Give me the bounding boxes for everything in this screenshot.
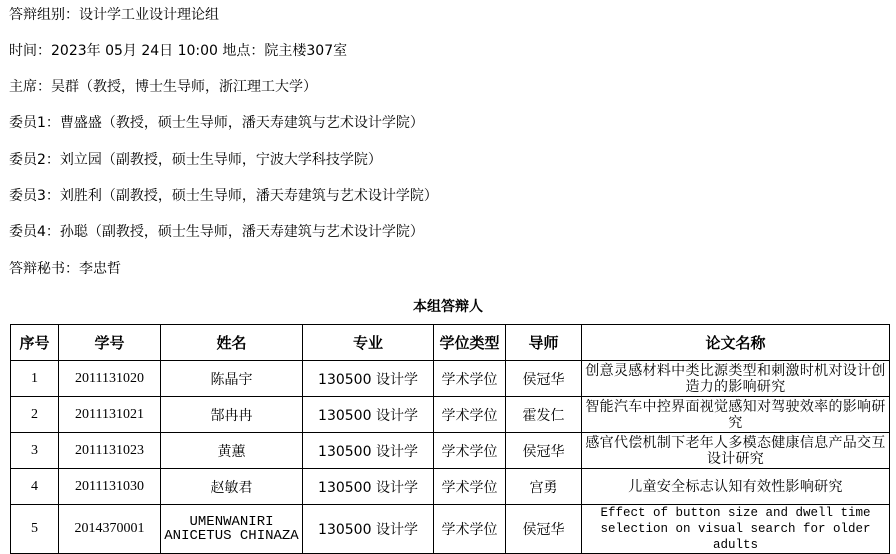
cell-degree-type: 学术学位 xyxy=(434,469,506,505)
table-header-row: 序号 学号 姓名 专业 学位类型 导师 论文名称 xyxy=(11,325,890,361)
header-student-id: 学号 xyxy=(59,325,161,361)
cell-major: 130500 设计学 xyxy=(303,505,434,551)
table-row: 4 2011131030 赵敏君 130500 设计学 学术学位 宫勇 儿童安全… xyxy=(11,469,890,505)
cell-student-id: 2011131021 xyxy=(59,397,161,433)
table-title: 本组答辩人 xyxy=(0,296,896,316)
cell-no: 3 xyxy=(11,433,59,469)
header-name: 姓名 xyxy=(161,325,303,361)
header-no: 序号 xyxy=(11,325,59,361)
committee-member-4: 委员4：孙聪（副教授，硕士生导师，潘天寿建筑与艺术设计学院） xyxy=(9,223,424,241)
chair: 主席：吴群（教授，博士生导师，浙江理工大学） xyxy=(9,78,317,96)
cell-advisor: 霍发仁 xyxy=(506,397,582,433)
cell-thesis-title: 感官代偿机制下老年人多模态健康信息产品交互设计研究 xyxy=(582,433,890,469)
cell-thesis-title: 创意灵感材料中类比源类型和刺激时机对设计创造力的影响研究 xyxy=(582,361,890,397)
header-advisor: 导师 xyxy=(506,325,582,361)
table-row: 3 2011131023 黄蕙 130500 设计学 学术学位 侯冠华 感官代偿… xyxy=(11,433,890,469)
table-row: 2 2011131021 郜冉冉 130500 设计学 学术学位 霍发仁 智能汽… xyxy=(11,397,890,433)
committee-member-3: 委员3：刘胜利（副教授，硕士生导师，潘天寿建筑与艺术设计学院） xyxy=(9,187,438,205)
cell-no: 2 xyxy=(11,397,59,433)
defense-secretary: 答辩秘书：李忠哲 xyxy=(9,260,121,278)
committee-member-2: 委员2：刘立园（副教授，硕士生导师，宁波大学科技学院） xyxy=(9,151,382,169)
cell-advisor: 宫勇 xyxy=(506,469,582,505)
cell-name: 黄蕙 xyxy=(161,433,303,469)
cell-student-id: 2014370001 xyxy=(59,505,161,551)
defense-candidates-table: 序号 学号 姓名 专业 学位类型 导师 论文名称 1 2011131020 陈晶… xyxy=(10,324,890,550)
cell-major: 130500 设计学 xyxy=(303,361,434,397)
cell-major: 130500 设计学 xyxy=(303,397,434,433)
cell-advisor: 侯冠华 xyxy=(506,505,582,551)
cell-advisor: 侯冠华 xyxy=(506,433,582,469)
cell-no: 1 xyxy=(11,361,59,397)
header-degree-type: 学位类型 xyxy=(434,325,506,361)
cell-student-id: 2011131030 xyxy=(59,469,161,505)
header-thesis-title: 论文名称 xyxy=(582,325,890,361)
cell-name: 陈晶宇 xyxy=(161,361,303,397)
cell-thesis-title: 智能汽车中控界面视觉感知对驾驶效率的影响研究 xyxy=(582,397,890,433)
cell-major: 130500 设计学 xyxy=(303,469,434,505)
defense-group: 答辩组别：设计学工业设计理论组 xyxy=(9,6,219,24)
cell-advisor: 侯冠华 xyxy=(506,361,582,397)
cell-major: 130500 设计学 xyxy=(303,433,434,469)
table-row: 5 2014370001 UMENWANIRI ANICETUS CHINAZA… xyxy=(11,505,890,551)
cell-no: 5 xyxy=(11,505,59,551)
cell-name: 郜冉冉 xyxy=(161,397,303,433)
cell-thesis-title: 儿童安全标志认知有效性影响研究 xyxy=(582,469,890,505)
table-row: 1 2011131020 陈晶宇 130500 设计学 学术学位 侯冠华 创意灵… xyxy=(11,361,890,397)
cell-no: 4 xyxy=(11,469,59,505)
cell-name: UMENWANIRI ANICETUS CHINAZA xyxy=(161,505,303,551)
committee-member-1: 委员1：曹盛盛（教授，硕士生导师，潘天寿建筑与艺术设计学院） xyxy=(9,114,424,132)
time-location: 时间：2023年 05月 24日 10:00 地点：院主楼307室 xyxy=(9,42,347,60)
cell-student-id: 2011131020 xyxy=(59,361,161,397)
header-major: 专业 xyxy=(303,325,434,361)
cell-degree-type: 学术学位 xyxy=(434,433,506,469)
cell-degree-type: 学术学位 xyxy=(434,397,506,433)
cell-student-id: 2011131023 xyxy=(59,433,161,469)
cell-degree-type: 学术学位 xyxy=(434,505,506,551)
cell-degree-type: 学术学位 xyxy=(434,361,506,397)
cell-thesis-title: Effect of button size and dwell time sel… xyxy=(582,505,890,551)
cell-name: 赵敏君 xyxy=(161,469,303,505)
